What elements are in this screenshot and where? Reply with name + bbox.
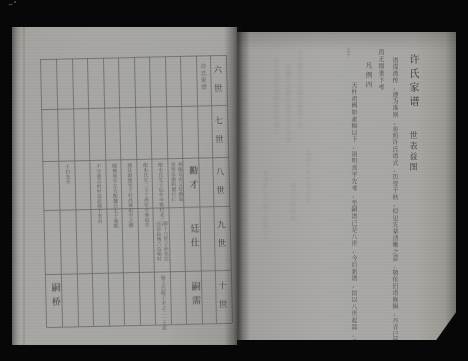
table-grid-line-vertical <box>72 58 79 326</box>
biography-detail-cell: 崇贤乐施积德行仁 <box>169 162 175 202</box>
bleed-through-ghost-text: 世系考订详载于谱牒之中 <box>264 170 270 243</box>
table-grid-line-vertical <box>87 58 94 326</box>
paragraph-2: 天柱祖阙如素稿以下,诩明真字先考,至嗣谱已是八世,今后新谱,拟以八世起算,不知是… <box>350 82 356 361</box>
bleed-through-ghost-text: 先代遗风世泽绵长继述不忘 <box>299 50 305 129</box>
bleed-through-ghost-text: 祖德宗功源远流长孝友传家 <box>287 64 293 143</box>
biography-detail-cell: 迁居县城六边相村 <box>154 221 160 261</box>
generation-header-6: 六世 <box>212 65 221 102</box>
book-scan-photo: ~" 许氏家谱 六世 七世 八世 九世 十世 于归先茔不守遗志经村奋起图于坚贞随… <box>0 0 468 361</box>
table-grid-line-vertical <box>149 57 156 325</box>
table-grid-line-vertical <box>40 59 47 327</box>
biography-detail-cell: 于归先茔 <box>63 165 68 185</box>
table-grid-line-vertical <box>103 58 110 326</box>
left-page: 许氏家谱 六世 七世 八世 九世 十世 于归先茔不守遗志经村奋起图于坚贞随葬祖茔… <box>12 27 237 345</box>
short-note: 再无期垂下考 <box>377 49 383 91</box>
generation-header-8: 八世 <box>214 167 223 204</box>
person-name-cell: 嗣桥 <box>50 283 60 311</box>
generation-header-9: 九世 <box>216 220 225 257</box>
person-name-cell: 勷才 <box>187 166 197 194</box>
biography-detail-cell: 配朱氏生二子丁酉年卒葬祖茔 <box>141 163 147 228</box>
biography-detail-cell: 随葬祖茔左方配魏氏生于康熙 <box>110 163 116 228</box>
paragraph-1: 谱谍流传,遵为准则,参照许氏谱式,历变千秋,似见先辈清晰之意,敬依旧谱修辑,丹青… <box>391 57 397 361</box>
bleed-through-ghost-text: 耕读为本忠厚传家 <box>307 150 313 203</box>
table-grid-line-horizontal <box>40 55 226 60</box>
biography-detail-cell: 拥其源建宅于村改葬祖茔之侧 <box>125 163 131 228</box>
genealogy-table: 许氏家谱 六世 七世 八世 九世 十世 于归先茔不守遗志经村奋起图于坚贞随葬祖茔… <box>40 55 232 327</box>
bleed-through-ghost-text: 支分派别瓜瓞绵绵世系攸分 <box>275 56 281 135</box>
biography-detail-cell: 将十六世子孙先达 <box>161 221 167 261</box>
person-name-cell: 廷仕 <box>188 224 198 252</box>
page-watermark: 许氏家谱 <box>198 63 204 90</box>
subsection-heading: 凡例四 <box>365 62 372 91</box>
person-name-cell: 嗣需 <box>190 282 200 310</box>
generation-header-10: 十世 <box>217 281 226 318</box>
table-grid-line-vertical <box>134 57 141 325</box>
corner-handwriting: ~" <box>7 0 18 9</box>
biography-detail-cell: 娶王氏配子亲之二一子造 <box>159 275 165 330</box>
biography-detail-cell: 养植从省父母教诲 <box>176 162 182 202</box>
bleed-through-ghost-text: 谨按旧谱增删 <box>292 182 298 222</box>
section-title: 世表益图 <box>409 131 417 173</box>
biography-detail-cell: 不守遗志经村奋起图于坚贞 <box>94 164 100 224</box>
generation-header-7: 七世 <box>213 116 222 153</box>
table-grid-line-vertical <box>118 57 125 325</box>
biography-detail-cell: 配水氏生于辰年卒葬村北三十 <box>156 162 162 227</box>
right-page: 许氏家谱 世表益图 谱谍流传,遵为准则,参照许氏谱式,历变千秋,似见先辈清晰之意… <box>237 32 456 340</box>
book-title: 许氏家谱 <box>407 54 417 110</box>
margin-note: 五十 <box>345 48 350 57</box>
